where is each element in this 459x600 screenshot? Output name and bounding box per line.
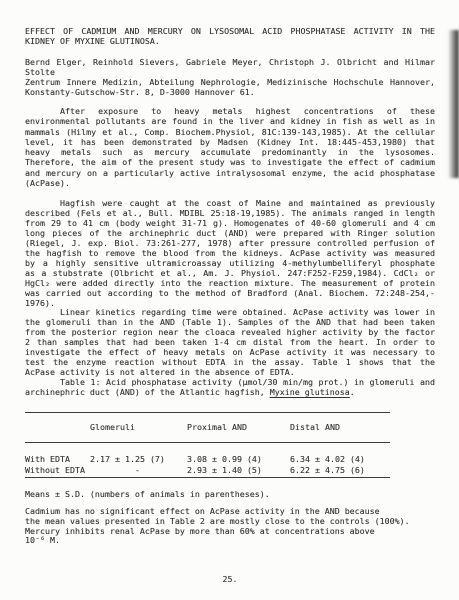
table-header-empty	[25, 422, 90, 432]
table-header: Glomeruli Proximal AND Distal AND	[25, 413, 390, 442]
table-caption-period: .	[350, 387, 355, 397]
title-line-2: KIDNEY OF MYXINE GLUTINOSA.	[25, 36, 435, 46]
table-cell-proximal: 2.93 ± 1.40 (5)	[187, 465, 290, 475]
scan-artifact	[448, 30, 459, 178]
title: EFFECT OF CADMIUM AND MERCURY ON LYSOSOM…	[25, 26, 435, 47]
title-line-1: EFFECT OF CADMIUM AND MERCURY ON LYSOSOM…	[25, 26, 435, 36]
table-header-proximal-and: Proximal AND	[187, 422, 290, 432]
paragraph-line: (AcPase).	[25, 178, 435, 188]
table-cell-glomeruli: -	[90, 465, 187, 475]
authors: Bernd Elger, Reinhold Sievers, Gabriele …	[25, 57, 435, 78]
table-caption-text: archinephric duct (AND) of the Atlantic …	[25, 387, 270, 397]
scanned-abstract-page: EFFECT OF CADMIUM AND MERCURY ON LYSOSOM…	[0, 0, 459, 600]
table-rule-bottom	[25, 477, 390, 478]
paragraph-methods: Hagfish were caught at the coast of Main…	[25, 198, 435, 308]
paragraph-line: 10⁻⁶ M.	[25, 536, 435, 546]
paragraph-line: from 29 to 41 cm (body weight 31-71 g). …	[25, 218, 435, 228]
paragraph-line: was carried out according to the method …	[25, 288, 435, 298]
paragraph-line: described (Fels et al., Bull. MDIBL 25:1…	[25, 208, 435, 218]
paragraph-line: Hagfish were caught at the coast of Main…	[25, 198, 435, 208]
paragraph-line: (Riegel, J. exp. Biol. 73:261-277, 1978)…	[25, 238, 435, 248]
affiliation-line-1: Zentrum Innere Medizin, Abteilung Nephro…	[25, 77, 435, 87]
table-caption-line-1: Table 1: Acid phosphatase activity (μmol…	[25, 377, 435, 387]
paragraph-line: by a highly sensitive ultramicroassay ut…	[25, 258, 435, 268]
paragraph-line: Mercury inhibits renal AcPase by more th…	[25, 527, 435, 537]
paragraph-results: Linear kinetics regarding time were obta…	[25, 307, 435, 377]
row-label: Without EDTA	[25, 465, 90, 475]
table-footnote-text: Means ± S.D. (numbers of animals in pare…	[25, 489, 435, 499]
paragraph-line: Linear kinetics regarding time were obta…	[25, 307, 435, 317]
paragraph-line: heavy metals such as mercury accumulate …	[25, 147, 435, 157]
affiliation-line-2: Konstanty-Gutschow-Str. 8, D-3000 Hannov…	[25, 87, 435, 97]
paragraph-line: long pieces of the archinephric duct (AN…	[25, 228, 435, 238]
table-cell-proximal: 3.08 ± 0.99 (4)	[187, 454, 290, 464]
paragraph-line: level, it has been demonstrated by Madse…	[25, 137, 435, 147]
table-caption: Table 1: Acid phosphatase activity (μmol…	[25, 377, 435, 398]
table-row: Without EDTA - 2.93 ± 1.40 (5) 6.22 ± 4.…	[25, 465, 390, 475]
paragraph-line: environmental pollutants are found in th…	[25, 116, 435, 126]
paragraph-line: as a stubstrate (Olbricht et al., Am. J.…	[25, 268, 435, 278]
table-footnote: Means ± S.D. (numbers of animals in pare…	[25, 489, 435, 499]
table-body: With EDTA 2.17 ± 1.25 (7) 3.08 ± 0.99 (4…	[25, 443, 390, 477]
paragraph-line: Therefore, the aim of the present study …	[25, 157, 435, 167]
species-name: Myxine glutinosa	[270, 387, 350, 397]
affiliation: Zentrum Innere Medizin, Abteilung Nephro…	[25, 77, 435, 98]
paragraph-conclusion: Cadmium has no significant effect on AcP…	[25, 507, 435, 546]
row-label: With EDTA	[25, 454, 90, 464]
paragraph-line: the glomeruli than in the AND (Table 1).…	[25, 317, 435, 327]
table-header-row: Glomeruli Proximal AND Distal AND	[25, 422, 390, 432]
table-header-distal-and: Distal AND	[290, 422, 390, 432]
author-line-1: Bernd Elger, Reinhold Sievers, Gabriele …	[25, 57, 435, 67]
paragraph-introduction: After exposure to heavy metals highest c…	[25, 106, 435, 188]
paragraph-line: HgCl₂ were added directly into the react…	[25, 278, 435, 288]
table-header-glomeruli: Glomeruli	[90, 422, 187, 432]
table-cell-distal: 6.34 ± 4.02 (4)	[290, 454, 390, 464]
results-table: Glomeruli Proximal AND Distal AND With E…	[25, 412, 390, 478]
paragraph-line: from the posterior region near the cloac…	[25, 327, 435, 337]
paragraph-line: the hagfish to remove the blood from the…	[25, 248, 435, 258]
table-caption-line-2: archinephric duct (AND) of the Atlantic …	[25, 387, 435, 397]
page-number: 25.	[25, 574, 435, 584]
table-cell-distal: 6.22 ± 4.75 (6)	[290, 465, 390, 475]
paragraph-line: AcPase activity is not altered in the ab…	[25, 367, 435, 377]
paragraph-line: mammals (Hilmy et al., Comp. Biochem.Phy…	[25, 127, 435, 137]
paragraph-line: 2 than samples that had been taken 1-4 c…	[25, 337, 435, 347]
table-cell-glomeruli: 2.17 ± 1.25 (7)	[90, 454, 187, 464]
paragraph-line: test the enzyme reaction without EDTA in…	[25, 357, 435, 367]
paragraph-line: investigate the effect of heavy metals o…	[25, 347, 435, 357]
table-row: With EDTA 2.17 ± 1.25 (7) 3.08 ± 0.99 (4…	[25, 454, 390, 464]
paragraph-line: After exposure to heavy metals highest c…	[25, 106, 435, 116]
paragraph-line: and mercury on a particularly active int…	[25, 168, 435, 178]
